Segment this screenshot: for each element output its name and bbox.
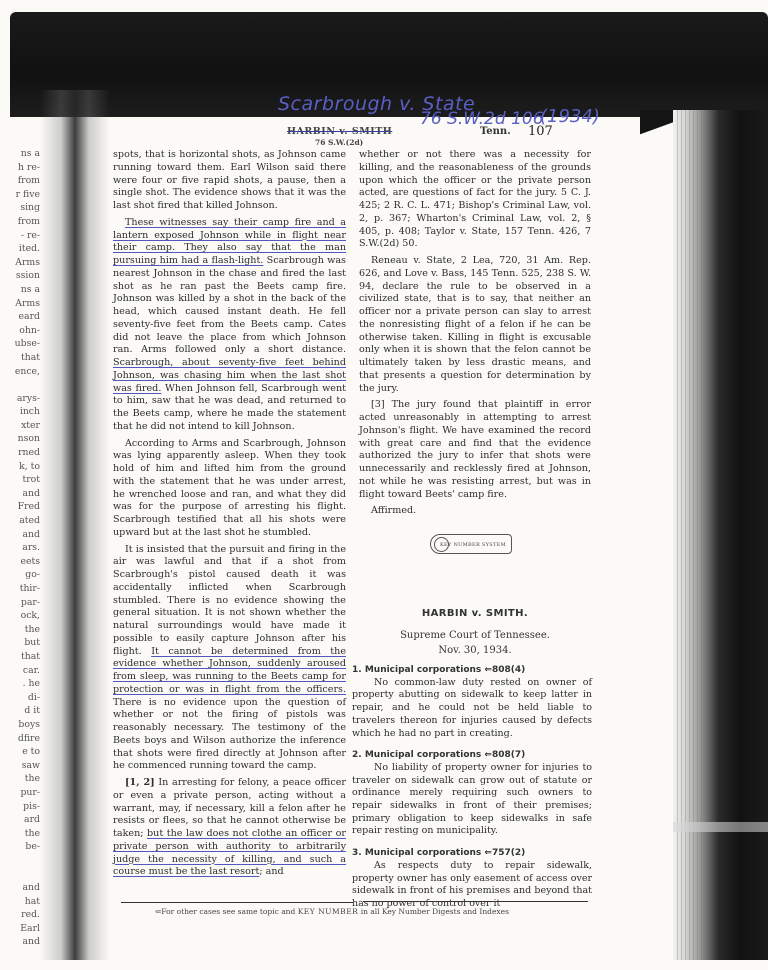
scan-dark-right-band [673,110,768,960]
fragment-line: e to [0,745,40,759]
paragraph: [3] The jury found that plaintiff in err… [359,399,591,501]
fragment-line [0,867,40,881]
fragment-line: k, to [0,460,40,474]
fragment-line: rned [0,446,40,460]
paragraph: whether or not there was a necessity for… [359,149,591,251]
underlined-passage: but the law does not clothe an officer o… [113,828,346,877]
fragment-line: red. [0,908,40,922]
fragment-line: . he [0,677,40,691]
headnote-marker: [1, 2] [125,777,155,788]
fragment-line: eets [0,555,40,569]
next-case-title: HARBIN v. SMITH. [359,608,591,619]
fragment-line: ns a [0,147,40,161]
key-number-icon: ⇐757(2) [484,848,525,858]
fragment-line: dfire [0,732,40,746]
headnote: 1. Municipal corporations ⇐808(4) No com… [352,664,592,740]
fragment-line: boys [0,718,40,732]
fragment-line: the [0,827,40,841]
scan-fold-highlight [673,822,768,832]
fragment-line: xter [0,419,40,433]
fragment-line: that [0,351,40,365]
headnotes: 1. Municipal corporations ⇐808(4) No com… [352,664,592,920]
fragment-line: the [0,772,40,786]
fragment-line: pur- [0,786,40,800]
footer-rule [121,902,353,903]
fragment-line: ohn- [0,324,40,338]
fragment-line: from [0,215,40,229]
reporter-citation: 76 S.W.(2d) [315,138,363,147]
fragment-line: but [0,636,40,650]
fragment-line: r five [0,188,40,202]
book-gutter-shadow [40,90,110,970]
left-column: spots, that is horizontal shots, as John… [113,149,346,879]
paragraph: It is insisted that the pursuit and firi… [113,544,346,774]
fragment-line: saw [0,759,40,773]
fragment-line: inch [0,405,40,419]
fragment-line: hat [0,895,40,909]
fragment-line [0,378,40,392]
fragment-line: and [0,881,40,895]
paragraph: These witnesses say their camp fire and … [113,217,346,434]
key-number-icon: ⇐808(4) [484,665,525,675]
key-number-icon: ⇐808(7) [484,750,525,760]
decision-date: Nov. 30, 1934. [359,645,591,656]
page-footer: ⇐For other cases see same topic and KEY … [155,907,595,916]
fragment-line: ited. [0,242,40,256]
fragment-line: ubse- [0,337,40,351]
fragment-line: h re- [0,161,40,175]
fragment-line: Arms [0,297,40,311]
paragraph: According to Arms and Scarbrough, Johnso… [113,438,346,540]
facing-page-fragments: ns ah re-fromr fivesingfrom- re-ited.Arm… [0,147,40,949]
fragment-line: and [0,528,40,542]
fragment-line: ock, [0,609,40,623]
fragment-line: - re- [0,229,40,243]
headnote: 2. Municipal corporations ⇐808(7) No lia… [352,749,592,838]
page-number: 107 [528,124,553,139]
disposition: Affirmed. [359,505,591,518]
fragment-line: and [0,935,40,949]
headnote-topic: Municipal corporations [365,848,481,858]
footer-rule [363,901,588,902]
fragment-line: pis- [0,800,40,814]
fragment-line: di- [0,691,40,705]
fragment-line: that [0,650,40,664]
fragment-line: the [0,623,40,637]
court-name: Supreme Court of Tennessee. [359,630,591,641]
fragment-line: ard [0,813,40,827]
fragment-line: eard [0,310,40,324]
fragment-line: ence, [0,365,40,379]
fragment-line: Earl [0,922,40,936]
fragment-line: ated [0,514,40,528]
key-number-logo: KEY NUMBER SYSTEM [430,534,512,554]
headnote-marker: [3] [371,399,385,410]
headnote-topic: Municipal corporations [365,665,481,675]
fragment-line: arys- [0,392,40,406]
fragment-line: and [0,487,40,501]
headnote-topic: Municipal corporations [365,750,481,760]
fragment-line: car. [0,664,40,678]
paragraph: [1, 2] In arresting for felony, a peace … [113,777,346,879]
state-abbrev: Tenn. [480,126,511,137]
paragraph: spots, that is horizontal shots, as John… [113,149,346,213]
running-head: HARBIN v. SMITH [287,126,392,137]
fragment-line: sing [0,201,40,215]
fragment-line: Fred [0,500,40,514]
fragment-line: ns a [0,283,40,297]
scan-bottom-margin [0,960,768,970]
fragment-line: Arms [0,256,40,270]
fragment-line: ars. [0,541,40,555]
fragment-line [0,854,40,868]
fragment-line: be- [0,840,40,854]
paragraph: Reneau v. State, 2 Lea, 720, 31 Am. Rep.… [359,255,591,395]
fragment-line: go- [0,568,40,582]
fragment-line: trot [0,473,40,487]
fragment-line: ssion [0,269,40,283]
fragment-line: nson [0,432,40,446]
right-column: whether or not there was a necessity for… [359,149,591,518]
fragment-line: d it [0,704,40,718]
page-header: Scarbrough v. State 76 S.W.2d 106 (1934)… [270,93,600,148]
fragment-line: par- [0,596,40,610]
fragment-line: thir- [0,582,40,596]
fragment-line: from [0,174,40,188]
